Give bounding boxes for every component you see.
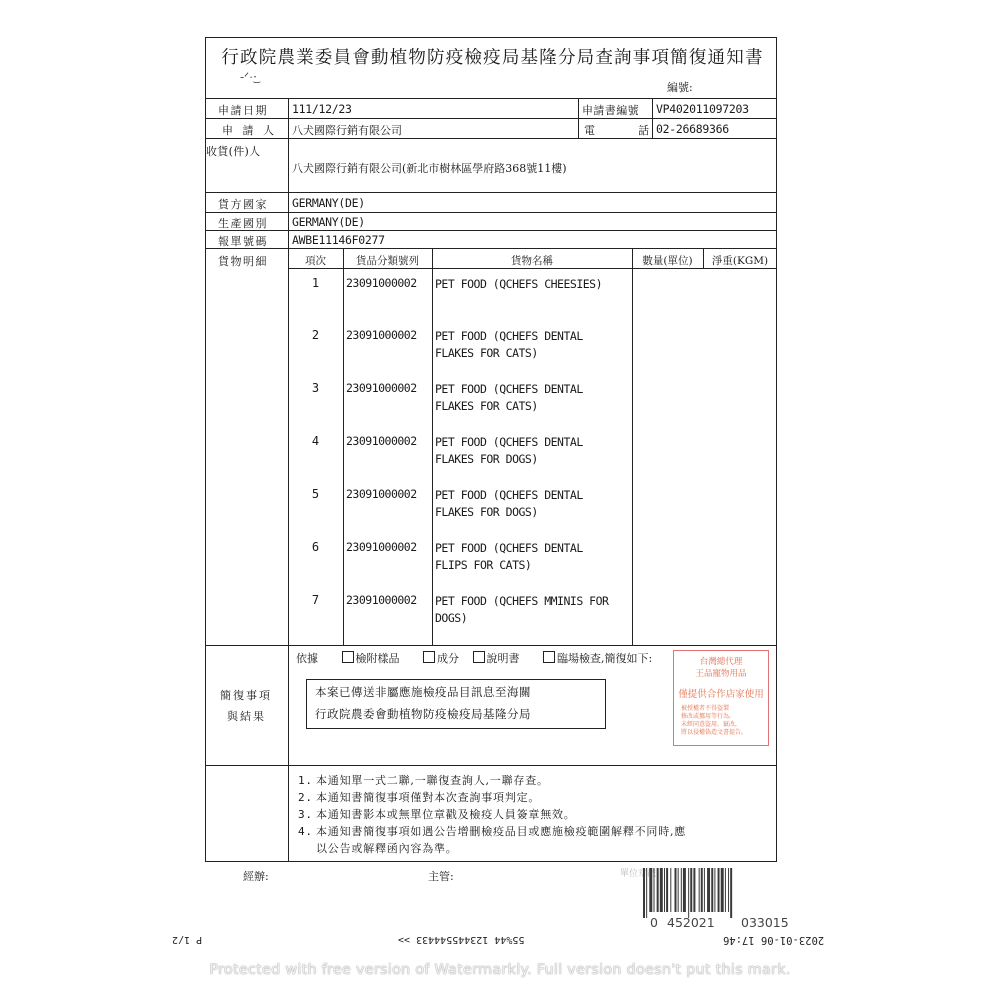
fax-transmission-info: 55%44 123445544433 >> (398, 934, 524, 945)
note-text: 本通知書簡復事項僅對本次查詢事項判定。 (316, 791, 540, 804)
application-no-label: 申請書編號 (582, 102, 639, 118)
origin-country-value: GERMANY(DE) (292, 196, 365, 210)
barcode-group2: 033015 (741, 915, 789, 930)
checkbox-icon[interactable] (543, 651, 555, 663)
grid-line (288, 268, 777, 269)
overlay-line1: 台灣總代理 (674, 657, 768, 668)
goods-name-line2: DOGS) (435, 610, 630, 627)
header-item-no: 項次 (288, 253, 343, 268)
goods-name-line1: PET FOOD (QCHEFS DENTAL (435, 540, 630, 557)
note-text: 以公告或解釋函內容為準。 (316, 842, 458, 855)
header-goods-name: 貨物名稱 (432, 253, 632, 268)
application-no-value: VP402011097203 (656, 102, 749, 116)
apply-date-label: 申請日期 (218, 102, 268, 118)
grid-line (205, 212, 777, 213)
goods-name-line2: FLAKES FOR CATS) (435, 398, 630, 415)
distributor-overlay-stamp: 台灣總代理 王品寵物用品 僅提供合作店家使用 被授權者不得盜製 修改或挪用等行為… (673, 650, 769, 746)
declaration-no-value: AWBE11146F0277 (292, 233, 385, 247)
goods-item-no: 1 (288, 276, 343, 290)
goods-hs-code: 23091000002 (346, 381, 417, 395)
result-label-line2: 與結果 (227, 708, 266, 724)
phone-value: 02-26689366 (656, 122, 729, 136)
barcode-group1: 452021 (667, 915, 715, 930)
document-title: 行政院農業委員會動植物防疫檢疫局基隆分局查詢事項簡復通知書 (215, 44, 770, 69)
note-item: 1.本通知單一式二聯,一聯復查詢人,一聯存查。 (298, 772, 549, 788)
checkbox-inspection[interactable]: 臨場檢查,簡復如下: (543, 652, 652, 665)
fax-timestamp: 2023-01-06 17:46 (723, 934, 824, 946)
serial-number-label: 編號: (667, 79, 693, 95)
note-number: 1. (298, 774, 316, 787)
grid-line (288, 98, 289, 862)
production-country-label: 生產國別 (218, 215, 268, 231)
goods-item-no: 7 (288, 593, 343, 607)
goods-name: PET FOOD (QCHEFS DENTALFLIPS FOR CATS) (435, 540, 630, 574)
grid-line (343, 248, 344, 645)
stamp-line2: 行政院農委會動植物防疫檢疫局基隆分局 (315, 703, 605, 725)
overlay-line5: 修改或挪用等行為, (674, 713, 768, 721)
barcode-icon (641, 868, 811, 918)
grid-line (205, 765, 777, 766)
supervisor-label: 主管: (428, 868, 454, 884)
overlay-line4: 被授權者不得盜製 (674, 705, 768, 713)
goods-name: PET FOOD (QCHEFS MMINIS FORDOGS) (435, 593, 630, 627)
checkbox-manual[interactable]: 說明書 (473, 652, 520, 665)
goods-name: PET FOOD (QCHEFS DENTALFLAKES FOR CATS) (435, 328, 630, 362)
phone-label-b: 話 (638, 122, 651, 138)
phone-label-a: 電 (584, 122, 597, 138)
grid-line (205, 645, 777, 646)
checkbox-ingredients[interactable]: 成分 (423, 652, 459, 665)
header-quantity: 數量(單位) (632, 253, 703, 268)
goods-item-no: 6 (288, 540, 343, 554)
grid-line (205, 192, 777, 193)
goods-name: PET FOOD (QCHEFS DENTALFLAKES FOR DOGS) (435, 434, 630, 468)
note-text: 本通知書簡復事項如遇公告增刪檢疫品目或應施檢疫範圍解釋不同時,應 (316, 825, 686, 838)
grid-line (432, 248, 433, 645)
note-text: 本通知單一式二聯,一聯復查詢人,一聯存查。 (316, 774, 549, 787)
note-number: 3. (298, 808, 316, 821)
note-item: 以公告或解釋函內容為準。 (298, 840, 458, 856)
goods-hs-code: 23091000002 (346, 328, 417, 342)
goods-hs-code: 23091000002 (346, 540, 417, 554)
consignee-label: 收貨(件)人 (206, 143, 260, 159)
overlay-line7: 將以侵權偽造文書提告。 (674, 729, 768, 737)
overlay-line6: 未經同意盜用、竄改, (674, 721, 768, 729)
grid-line (632, 248, 633, 645)
note-item: 3.本通知書影本或無單位章戳及檢疫人員簽章無效。 (298, 806, 576, 822)
goods-name-line1: PET FOOD (QCHEFS DENTAL (435, 381, 630, 398)
grid-line (205, 230, 777, 231)
watermark-text: Protected with free version of Watermark… (0, 962, 1000, 978)
result-label-line1: 簡復事項 (220, 687, 272, 703)
goods-name-line1: PET FOOD (QCHEFS DENTAL (435, 328, 630, 345)
stamp-line1: 本案已傳送非屬應施檢疫品目訊息至海關 (315, 681, 605, 703)
fax-page-number: P 1/2 (172, 934, 202, 945)
goods-name: PET FOOD (QCHEFS DENTALFLAKES FOR CATS) (435, 381, 630, 415)
handler-label: 經辦: (243, 868, 269, 884)
goods-name-line1: PET FOOD (QCHEFS CHEESIES) (435, 276, 630, 293)
official-stamp: 本案已傳送非屬應施檢疫品目訊息至海關 行政院農委會動植物防疫檢疫局基隆分局 (306, 679, 606, 729)
overlay-line2: 王品寵物用品 (674, 669, 768, 680)
grid-line (578, 98, 579, 138)
basis-row: 依據 檢附樣品 成分 說明書 臨場檢查,簡復如下: (296, 650, 652, 666)
goods-name-line2: FLIPS FOR CATS) (435, 557, 630, 574)
goods-item-no: 5 (288, 487, 343, 501)
goods-name-line2: FLAKES FOR DOGS) (435, 451, 630, 468)
note-number: 2. (298, 791, 316, 804)
goods-hs-code: 23091000002 (346, 487, 417, 501)
grid-line (205, 248, 777, 249)
note-item: 2.本通知書簡復事項僅對本次查詢事項判定。 (298, 789, 540, 805)
grid-line (205, 138, 777, 139)
goods-hs-code: 23091000002 (346, 434, 417, 448)
checkbox-icon[interactable] (473, 651, 485, 663)
goods-name-line1: PET FOOD (QCHEFS MMINIS FOR (435, 593, 630, 610)
goods-item-no: 2 (288, 328, 343, 342)
goods-name-line1: PET FOOD (QCHEFS DENTAL (435, 487, 630, 504)
goods-item-no: 3 (288, 381, 343, 395)
production-country-value: GERMANY(DE) (292, 215, 365, 229)
barcode-left-digit: 0 (650, 915, 658, 930)
goods-name-line2: FLAKES FOR CATS) (435, 345, 630, 362)
note-item: 4.本通知書簡復事項如遇公告增刪檢疫品目或應施檢疫範圍解釋不同時,應 (298, 823, 686, 839)
note-number: 4. (298, 825, 316, 838)
goods-name: PET FOOD (QCHEFS CHEESIES) (435, 276, 630, 293)
apply-date-value: 111/12/23 (292, 102, 352, 116)
applicant-value: 八犬國際行銷有限公司 (292, 122, 402, 138)
overlay-line3: 僅提供合作店家使用 (674, 686, 768, 700)
grid-line (652, 98, 653, 138)
header-net-weight: 淨重(KGM) (703, 253, 777, 268)
goods-item-no: 4 (288, 434, 343, 448)
checkbox-icon[interactable] (423, 651, 435, 663)
goods-hs-code: 23091000002 (346, 276, 417, 290)
applicant-label: 申 請 人 (222, 122, 277, 138)
grid-line (205, 98, 777, 99)
consignee-value: 八犬國際行銷有限公司(新北市樹林區學府路368號11樓) (292, 160, 567, 176)
goods-name-line1: PET FOOD (QCHEFS DENTAL (435, 434, 630, 451)
goods-name: PET FOOD (QCHEFS DENTALFLAKES FOR DOGS) (435, 487, 630, 521)
grid-line (205, 118, 777, 119)
checkbox-icon[interactable] (342, 651, 354, 663)
checkbox-sample[interactable]: 檢附樣品 (342, 652, 400, 665)
basis-label: 依據 (296, 652, 318, 665)
goods-hs-code: 23091000002 (346, 593, 417, 607)
goods-name-line2: FLAKES FOR DOGS) (435, 504, 630, 521)
origin-country-label: 貨方國家 (218, 196, 268, 212)
handwritten-mark: -ᐟ·͜· (240, 70, 257, 85)
note-text: 本通知書影本或無單位章戳及檢疫人員簽章無效。 (316, 808, 576, 821)
header-hs-code: 貨品分類號列 (343, 253, 432, 268)
goods-section-label: 貨物明細 (218, 253, 268, 269)
declaration-no-label: 報單號碼 (218, 233, 268, 249)
